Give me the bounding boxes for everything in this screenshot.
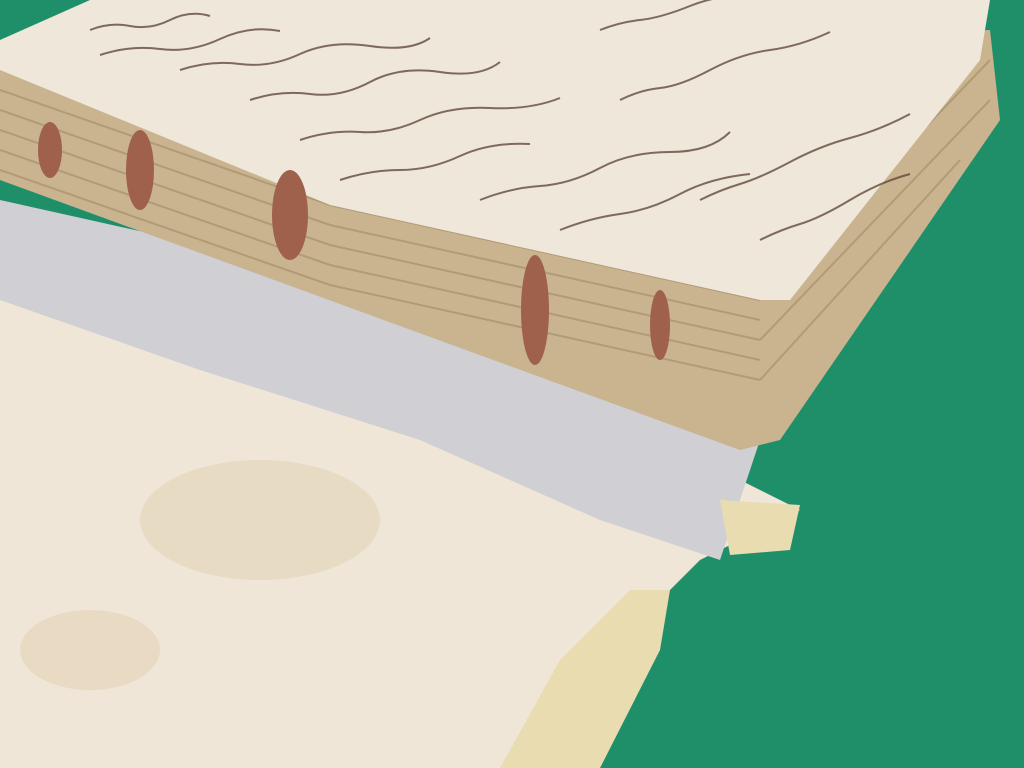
photo-illustration bbox=[0, 0, 1024, 768]
manuscript-photo: Old handwritten manuscript book with exp… bbox=[0, 0, 1024, 768]
